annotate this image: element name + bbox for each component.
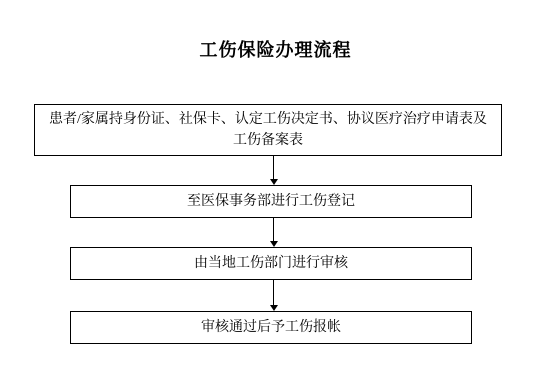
- flow-step-reimbursement: 审核通过后予工伤报帐: [70, 311, 472, 344]
- page-title: 工伤保险办理流程: [0, 36, 551, 62]
- flow-connector-review-to-reimbursement: [269, 280, 278, 311]
- flow-step-registration: 至医保事务部进行工伤登记: [70, 185, 472, 218]
- flow-step-documents: 患者/家属持身份证、社保卡、认定工伤决定书、协议医疗治疗申请表及 工伤备案表: [34, 104, 502, 156]
- flow-step-reimbursement-label: 审核通过后予工伤报帐: [201, 317, 341, 338]
- connector-line: [273, 280, 274, 305]
- flowchart-canvas: 工伤保险办理流程 患者/家属持身份证、社保卡、认定工伤决定书、协议医疗治疗申请表…: [0, 0, 551, 386]
- flow-step-documents-line1: 患者/家属持身份证、社保卡、认定工伤决定书、协议医疗治疗申请表及: [49, 109, 487, 130]
- flow-step-registration-label: 至医保事务部进行工伤登记: [187, 191, 355, 212]
- connector-line: [273, 218, 274, 241]
- connector-line: [273, 156, 274, 179]
- flow-step-documents-line2: 工伤备案表: [233, 130, 303, 151]
- flow-step-review-label: 由当地工伤部门进行审核: [194, 253, 348, 274]
- flow-connector-registration-to-review: [269, 218, 278, 247]
- flow-connector-documents-to-registration: [269, 156, 278, 185]
- flow-step-review: 由当地工伤部门进行审核: [70, 247, 472, 280]
